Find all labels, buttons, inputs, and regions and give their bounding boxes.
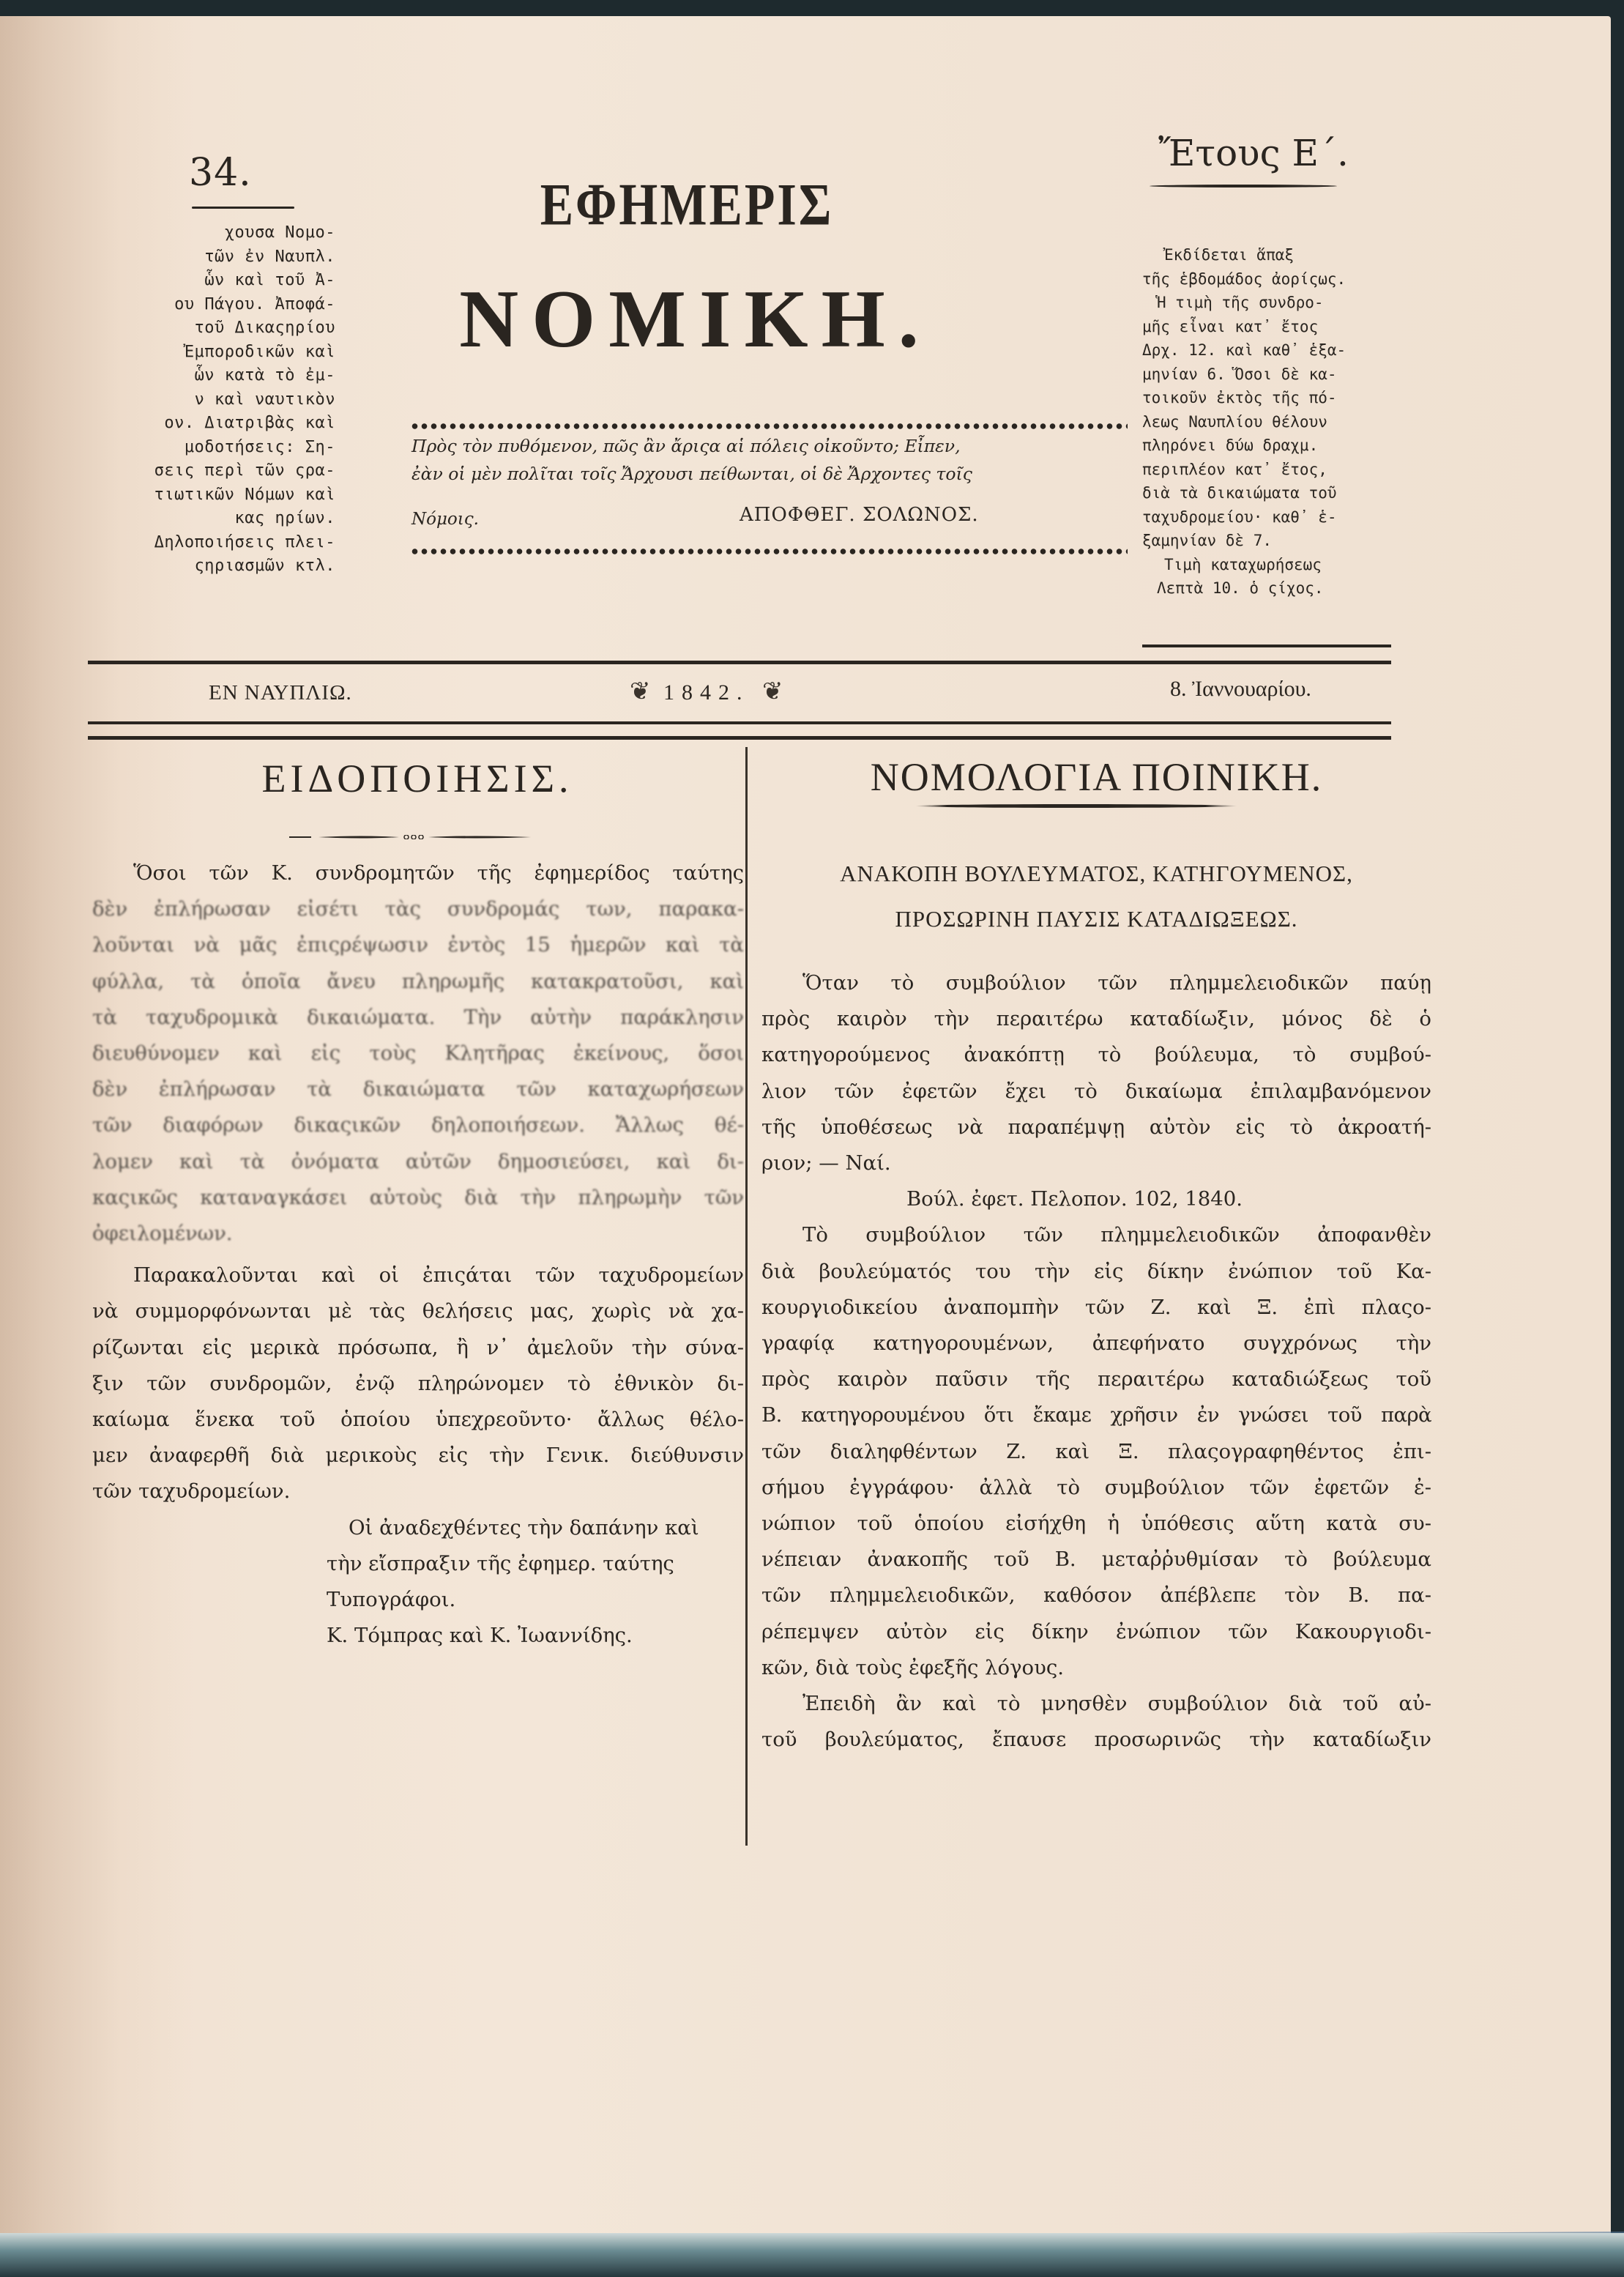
- contents-line: τοῦ Δικαςηρίου: [129, 316, 335, 341]
- text-line: ρίζωνται εἰς μερικὰ πρόσωπα, ἢ ν᾽ ἀμελοῦ…: [92, 1330, 744, 1366]
- subscription-line: τῆς ἑβδομάδος ἀορίςως.: [1142, 267, 1391, 291]
- text-line: σήμου ἐγγράφου· ἀλλὰ τὸ συμβούλιον τῶν ἐ…: [761, 1470, 1431, 1506]
- motto-line: ἐὰν οἱ μὲν πολῖται τοῖς Ἄρχουσι πείθωντα…: [411, 460, 1122, 488]
- newspaper-title-line2: ΝΟΜΙΚΗ.: [417, 272, 974, 367]
- motto-line: Πρὸς τὸν πυθόμενον, πῶς ἂν ἄριςα αἱ πόλε…: [411, 432, 1122, 460]
- heading-ornament-icon: [289, 835, 531, 839]
- text-line: Ἐπειδὴ ἂν καὶ τὸ μνησθὲν συμβούλιον διὰ …: [761, 1686, 1431, 1722]
- contents-line: σεις περὶ τῶν ςρα-: [129, 459, 335, 483]
- text-line: τὰ ταχυδρομικὰ δικαιώματα. Τὴν αὐτὴν παρ…: [92, 1000, 744, 1036]
- text-line: ὀφειλομένων.: [92, 1216, 744, 1252]
- dateline-rule-mid: [88, 721, 1391, 724]
- text-line: Παρακαλοῦνται καὶ οἱ ἐπιςάται τῶν ταχυδρ…: [92, 1258, 744, 1293]
- contents-line: κας ηρίων.: [129, 507, 335, 531]
- page-number: 34.: [189, 151, 252, 195]
- motto-line: Νόμοις.: [411, 510, 479, 529]
- contents-line: χουσα Νομο-: [129, 221, 335, 245]
- dotted-rule-top: [410, 423, 1128, 430]
- contents-line: τιωτικῶν Νόμων καὶ: [129, 483, 335, 508]
- text-line: Ὅταν τὸ συμβούλιον τῶν πλημμελειοδικῶν π…: [761, 965, 1431, 1001]
- text-line: φύλλα, τὰ ὁποῖα ἄνευ πληρωμῆς κατακρατοῦ…: [92, 964, 744, 1000]
- text-line: Ὅσοι τῶν Κ. συνδρομητῶν τῆς ἐφημερίδος τ…: [92, 855, 744, 891]
- notice-body: Ὅσοι τῶν Κ. συνδρομητῶν τῆς ἐφημερίδος τ…: [92, 855, 744, 1654]
- fleuron-ornament-icon: ❦: [630, 678, 651, 705]
- year-label-rule: [1150, 185, 1337, 187]
- text-line: διὰ βουλεύματός του τὴν εἰς δίκην ἐνώπιο…: [761, 1254, 1431, 1290]
- text-line: ρέπεμψεν αὐτὸν εἰς δίκην ἐνώπιον τῶν Κακ…: [761, 1614, 1431, 1650]
- text-line: τῶν πλημμελειοδικῶν, καθόσον ἀπέβλεπε τὸ…: [761, 1578, 1431, 1613]
- text-line: λιον τῶν ἐφετῶν ἔχει τὸ δικαίωμα ἐπιλαμβ…: [761, 1074, 1431, 1110]
- case-citation: Βούλ. ἐφετ. Πελοπον. 102, 1840.: [761, 1181, 1431, 1217]
- text-line: ξιν τῶν συνδρομῶν, ἐνῷ πληρώνομεν τὸ ἐθν…: [92, 1366, 744, 1402]
- text-line: κῶν, διὰ τοὺς ἐφεξῆς λόγους.: [761, 1650, 1431, 1686]
- subscription-line: πληρόνει δύω δραχμ.: [1142, 434, 1391, 458]
- text-line: νώπιον τοῦ ὁποίου εἰσήχθη ἡ ὑπόθεσις αὕτ…: [761, 1506, 1431, 1542]
- year-label: Ἔτους Ε΄.: [1158, 132, 1349, 174]
- heading-rule: [915, 804, 1237, 808]
- text-line: δὲν ἐπλήρωσαν τὰ δικαιώματα τῶν καταχωρή…: [92, 1071, 744, 1107]
- dateline-year: ❦ 1842. ❦: [630, 677, 783, 706]
- subscription-line: Ἡ τιμὴ τῆς συνδρο-: [1142, 291, 1391, 315]
- signature-line: Τυπογράφοι.: [92, 1582, 744, 1618]
- text-line: Τὸ συμβούλιον τῶν πλημμελειοδικῶν ἀποφαν…: [761, 1217, 1431, 1253]
- contents-line: ον. Διατριβὰς καὶ: [129, 412, 335, 436]
- motto-attribution: ΑΠΟΦΘΕΓ. ΣΟΛΩΝΟΣ.: [740, 504, 979, 526]
- subscription-line: Δρχ. 12. καὶ καθ᾽ ἑξα-: [1142, 338, 1391, 363]
- subscription-line: Ἐκδίδεται ἅπαξ: [1142, 243, 1391, 267]
- text-line: τῶν διαφόρων δικαςικῶν δηλοποιήσεων. Ἄλλ…: [92, 1107, 744, 1143]
- page-number-rule: [192, 207, 294, 209]
- dateline-date: 8. Ἰαννουαρίου.: [1170, 677, 1311, 702]
- text-line: κατηγορούμενος ἀνακόπτῃ τὸ βούλευμα, τὸ …: [761, 1037, 1431, 1073]
- case-subheading: ΠΡΟΣΩΡΙΝΗ ΠΑΥΣΙΣ ΚΑΤΑΔΙΩΞΕΩΣ.: [761, 906, 1431, 932]
- contents-line: μοδοτήσεις: Ση-: [129, 436, 335, 460]
- contents-line: ὧν καὶ τοῦ Ἀ-: [129, 269, 335, 293]
- case-subheading: ΑΝΑΚΟΠΗ ΒΟΥΛΕΥΜΑΤΟΣ, ΚΑΤΗΓΟΥΜΕΝΟΣ,: [761, 861, 1431, 887]
- text-line: τῶν διαληφθέντων Ζ. καὶ Ξ. πλαςογραφηθέν…: [761, 1434, 1431, 1470]
- dateline-rule-bottom: [88, 736, 1391, 740]
- text-line: Β. κατηγορουμένου ὅτι ἔκαμε χρῆσιν ἐν γν…: [761, 1397, 1431, 1433]
- contents-line: ὧν κατὰ τὸ ἐμ-: [129, 364, 335, 388]
- subscription-line: διὰ τὰ δικαιώματα τοῦ: [1142, 481, 1391, 505]
- jurisprudence-heading: ΝΟΜΟΛΟΓΙΑ ΠΟΙΝΙΚΗ.: [761, 754, 1431, 800]
- text-line: τῆς ὑποθέσεως νὰ παραπέμψῃ αὐτὸν εἰς τὸ …: [761, 1110, 1431, 1145]
- year-text: 1842.: [663, 680, 750, 705]
- text-line: κουργιοδικείου ἀναπομπὴν τῶν Ζ. καὶ Ξ. ἐ…: [761, 1290, 1431, 1326]
- signature-line: Κ. Τόμπρας καὶ Κ. Ἰωαννίδης.: [92, 1618, 744, 1654]
- fleuron-ornament-icon: ❦: [762, 678, 783, 705]
- text-line: τῶν ταχυδρομείων.: [92, 1474, 744, 1509]
- text-line: λομεν καὶ τὰ ὀνόματα αὐτῶν δημοσιεύσει, …: [92, 1144, 744, 1180]
- text-line: τοῦ βουλεύματος, ἔπαυσε προσωρινῶς τὴν κ…: [761, 1722, 1431, 1758]
- subscription-line: μῆς εἶναι κατ᾽ ἔτος: [1142, 315, 1391, 339]
- subscription-box: Ἐκδίδεται ἅπαξ τῆς ἑβδομάδος ἀορίςως. Ἡ …: [1142, 243, 1391, 601]
- text-line: πρὸς καιρὸν τὴν περαιτέρω καταδίωξιν, μό…: [761, 1001, 1431, 1037]
- text-line: νέπειαν ἀνακοπῆς τοῦ Β. μεταῤῥυθμίσαν τὸ…: [761, 1542, 1431, 1578]
- text-line: νὰ συμμορφόνωνται μὲ τὰς θελήσεις μας, χ…: [92, 1293, 744, 1329]
- subscription-line: Τιμὴ καταχωρήσεως: [1142, 553, 1391, 577]
- contents-line: ου Πάγου. Ἀποφά-: [129, 293, 335, 317]
- motto: Πρὸς τὸν πυθόμενον, πῶς ἂν ἄριςα αἱ πόλε…: [411, 432, 1122, 488]
- contents-line: Ἐμποροδικῶν καὶ: [129, 341, 335, 365]
- subscription-line: λεως Ναυπλίου θέλουν: [1142, 410, 1391, 434]
- subscription-line: μηνίαν 6. Ὅσοι δὲ κα-: [1142, 363, 1391, 387]
- subscription-line: ταχυδρομείου· καθ᾽ ἑ-: [1142, 505, 1391, 530]
- text-line: γραφίᾳ κατηγορουμένων, ἀπεφήνατο συγχρόν…: [761, 1326, 1431, 1362]
- dotted-rule-bottom: [410, 548, 1128, 555]
- subscription-line: ξαμηνίαν δὲ 7.: [1142, 529, 1391, 553]
- text-line: ριον; — Ναί.: [761, 1145, 1431, 1181]
- contents-box: χουσα Νομο- τῶν ἐν Ναυπλ. ὧν καὶ τοῦ Ἀ- …: [129, 221, 335, 579]
- column-divider: [745, 747, 748, 1846]
- contents-line: ςηριασμῶν κτλ.: [129, 554, 335, 579]
- text-line: μεν ἀναφερθῆ διὰ μερικοὺς εἰς τὴν Γενικ.…: [92, 1438, 744, 1474]
- text-line: πρὸς καιρὸν παῦσιν τῆς περαιτέρω καταδιώ…: [761, 1362, 1431, 1397]
- subscription-line: Λεπτὰ 10. ὁ ςίχος.: [1142, 576, 1391, 601]
- subscription-line: περιπλέον κατ᾽ ἔτος,: [1142, 458, 1391, 482]
- contents-line: τῶν ἐν Ναυπλ.: [129, 245, 335, 270]
- text-line: καίωμα ἕνεκα τοῦ ὁποίου ὑπεχρεοῦντο· ἄλλ…: [92, 1402, 744, 1438]
- notice-heading: ΕΙΔΟΠΟΙΗΣΙΣ.: [92, 756, 743, 801]
- text-line: καςικῶς καταναγκάσει αὐτοὺς διὰ τὴν πληρ…: [92, 1180, 744, 1216]
- text-line: διευθύνομεν καὶ εἰς τοὺς Κλητῆρας ἐκείνο…: [92, 1036, 744, 1071]
- dateline-rule-top: [88, 661, 1391, 664]
- book-binding-edge: [0, 2233, 1624, 2277]
- contents-line: ν καὶ ναυτικὸν: [129, 388, 335, 412]
- jurisprudence-body: Ὅταν τὸ συμβούλιον τῶν πλημμελειοδικῶν π…: [761, 965, 1431, 1758]
- subscription-line: τοικοῦν ἐκτὸς τῆς πό-: [1142, 386, 1391, 410]
- newspaper-title-line1: ΕΦΗΜΕΡΙΣ: [452, 170, 921, 239]
- signature-line: Οἱ ἀναδεχθέντες τὴν δαπάνην καὶ: [92, 1510, 744, 1546]
- dateline-place: ΕΝ ΝΑΥΠΛΙΩ.: [209, 681, 352, 705]
- signature-line: τὴν εἴσπραξιν τῆς ἐφημερ. ταύτης: [92, 1546, 744, 1582]
- contents-line: Δηλοποιήσεις πλει-: [129, 531, 335, 555]
- text-line: λοῦνται νὰ μᾶς ἐπιςρέψωσιν ἐντὸς 15 ἡμερ…: [92, 927, 744, 963]
- masthead-rule-right: [1142, 645, 1391, 647]
- text-line: δὲν ἐπλήρωσαν εἰσέτι τὰς συνδρομάς των, …: [92, 891, 744, 927]
